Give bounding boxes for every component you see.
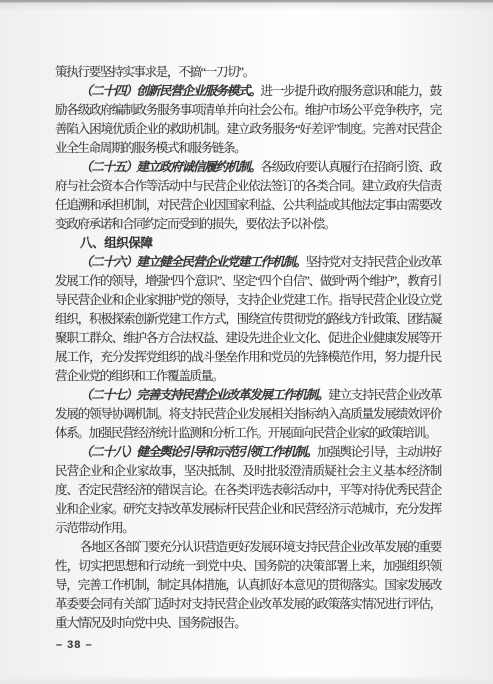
document-page: 策执行要坚持实事求是，不搞“一刀切”。 （二十四）创新民营企业服务模式。进一步提… [0,0,493,684]
paragraph-lead: （二十七）完善支持民营企业改革发展工作机制。 [80,388,328,402]
paragraph-item-27: （二十七）完善支持民营企业改革发展工作机制。建立支持民营企业改革发展的领导协调机… [55,386,441,443]
paragraph-lead: （二十六）建立健全民营企业党建工作机制。 [80,255,306,269]
paragraph-text: 坚持党对支持民营企业改革发展工作的领导，增强“四个意识”、坚定“四个自信”、做到… [55,255,441,383]
paragraph-item-24: （二十四）创新民营企业服务模式。进一步提升政府服务意识和能力，鼓励各级政府编制政… [55,82,441,158]
paragraph-item-26: （二十六）建立健全民营企业党建工作机制。坚持党对支持民营企业改革发展工作的领导，… [55,253,441,386]
paragraph-lead: （二十四）创新民营企业服务模式。 [80,84,261,98]
paragraph-lead: （二十五）建立政府诚信履约机制。 [80,160,261,174]
paragraph-text: 策执行要坚持实事求是，不搞“一刀切”。 [55,65,254,79]
paragraph-text: 各地区各部门要充分认识营造更好发展环境支持民营企业改革发展的重要性，切实把思想和… [55,540,441,630]
paragraph-item-25: （二十五）建立政府诚信履约机制。各级政府要认真履行在招商引资、政府与社会资本合作… [55,158,441,234]
paragraph-lead: （二十八）健全舆论引导和示范引领工作机制。 [80,445,317,459]
paragraph-closing: 各地区各部门要充分认识营造更好发展环境支持民营企业改革发展的重要性，切实把思想和… [55,538,441,633]
page-number: – 38 – [56,639,93,651]
paragraph-item-28: （二十八）健全舆论引导和示范引领工作机制。加强舆论引导，主动讲好民营企业和企业家… [55,443,441,538]
document-body: 策执行要坚持实事求是，不搞“一刀切”。 （二十四）创新民营企业服务模式。进一步提… [55,63,441,633]
section-heading: 八、组织保障 [55,234,441,253]
paragraph-continuation: 策执行要坚持实事求是，不搞“一刀切”。 [55,63,441,82]
